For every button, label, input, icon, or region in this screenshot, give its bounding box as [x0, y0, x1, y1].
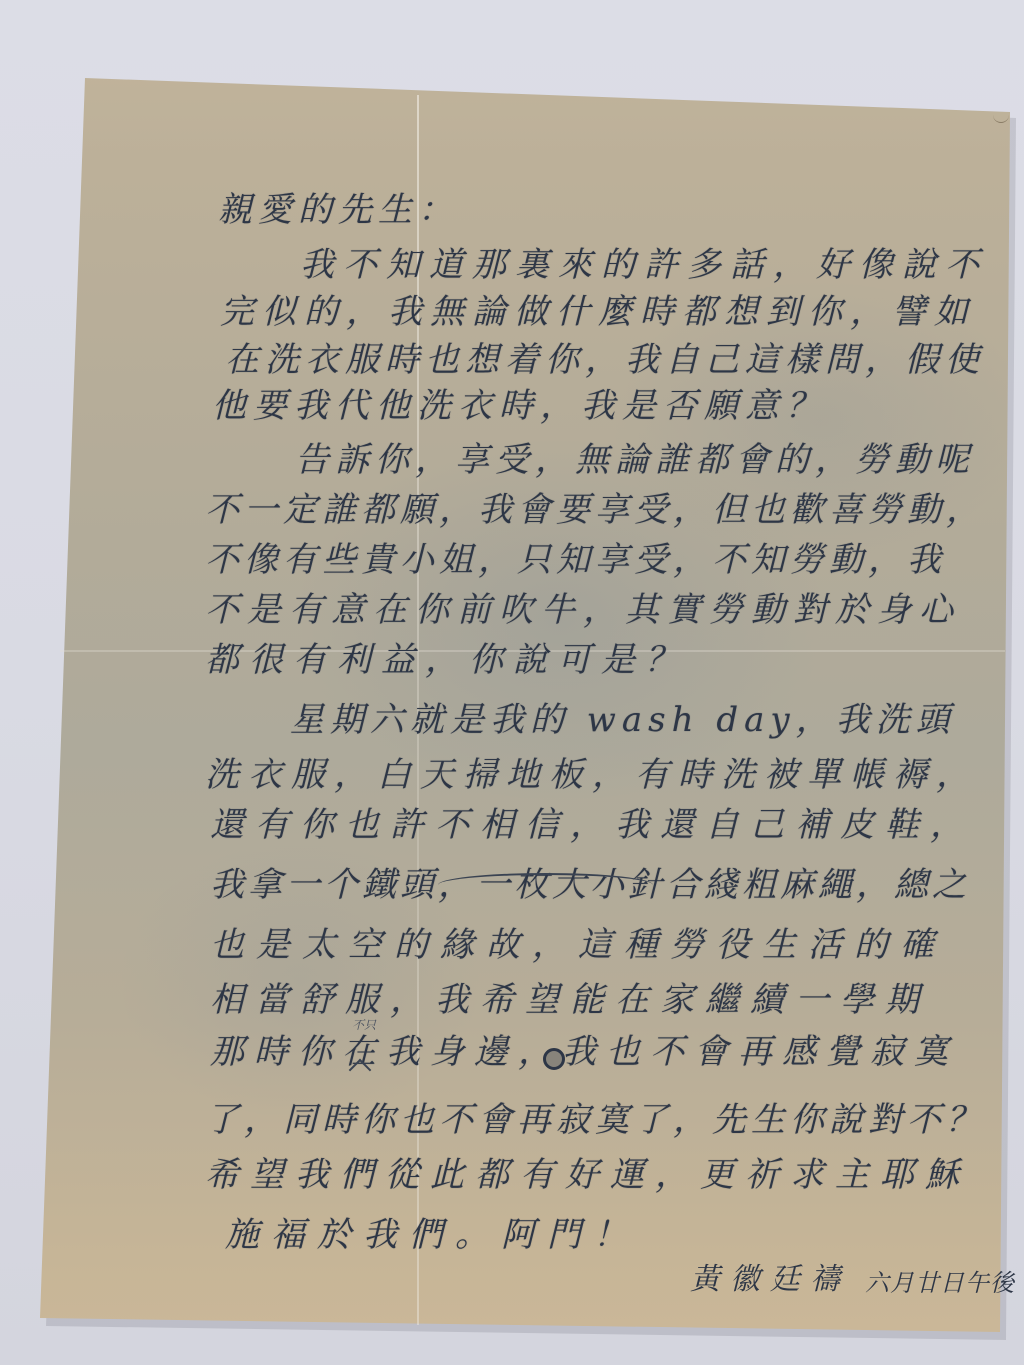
letter-line: 完似的，我無論做什麼時都想到你，譬如	[220, 292, 976, 332]
letter-line: 我不知道那裏來的許多話，好像說不	[300, 245, 988, 285]
letter-line: 星期六就是我的 wash day，我洗頭	[290, 700, 956, 740]
letter-line: 那時你在我身邊，我也不會再感覺寂寞	[210, 1032, 958, 1072]
letter-line: 都很有利益，你說可是？	[205, 640, 689, 680]
letter-line: 了，同時你也不會再寂寞了，先生你說對不？	[205, 1100, 985, 1140]
letter-line: 不是有意在你前吹牛，其實勞動對於身心	[205, 590, 961, 630]
transposition-mark	[438, 873, 653, 897]
signature: 黃徽廷禱	[690, 1262, 850, 1298]
letter-line: 不像有些貴小姐，只知享受，不知勞動，我	[205, 540, 946, 580]
insertion-note: 不只	[352, 1018, 376, 1032]
letter-line: 在洗衣服時也想着你，我自己這樣問，假使	[225, 340, 985, 380]
letter-line: 洗衣服，白天掃地板，有時洗被單帳褥，	[205, 755, 979, 795]
letter-line: 他要我代他洗衣時，我是否願意？	[212, 386, 827, 426]
letter-line: 也是太空的緣故，這種勞役生活的確	[210, 925, 946, 965]
letter-line: 希望我們從此都有好運，更祈求主耶穌	[205, 1155, 970, 1195]
letter-line: 告訴你，享受，無論誰都會的，勞動呢	[295, 440, 975, 480]
letter-line: 施福於我們。阿門！	[225, 1215, 639, 1255]
ink-blot	[543, 1048, 565, 1070]
letter-line: 還有你也許不相信，我還自己補皮鞋，	[210, 805, 975, 845]
salutation: 親愛的先生：	[218, 190, 458, 230]
letter-line: 相當舒服，我希望能在家繼續一學期	[210, 980, 930, 1020]
date: 六月廿日午後	[865, 1268, 1015, 1298]
letter-line: 不一定誰都願，我會要享受，但也歡喜勞動，	[205, 490, 985, 530]
